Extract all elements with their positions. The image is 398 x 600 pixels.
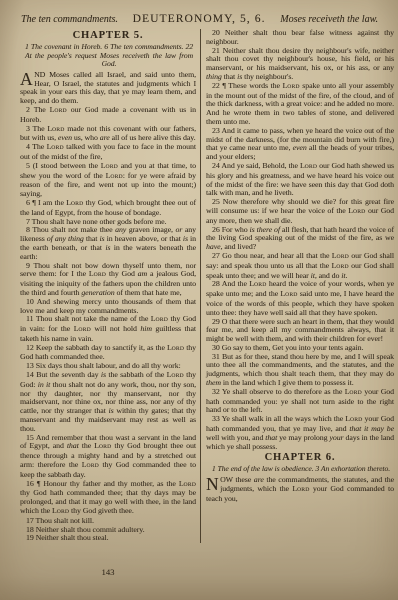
lord-smallcaps: LORD	[151, 314, 168, 323]
verse-number: 15	[26, 433, 34, 442]
chapter-summary: 1 The covenant in Horeb. 6 The ten comma…	[20, 43, 196, 69]
verse-number: 26	[212, 225, 220, 234]
running-head-left: The ten commandments.	[21, 14, 118, 25]
verse-number: 4	[26, 142, 30, 151]
verse-number: 7	[26, 217, 30, 226]
lord-smallcaps: LORD	[345, 387, 362, 396]
verse-number: 21	[212, 46, 220, 55]
lord-smallcaps: LORD	[249, 279, 266, 288]
verse-number: 12	[26, 343, 34, 352]
drop-cap: A	[20, 71, 34, 87]
lord-smallcaps: LORD	[167, 343, 184, 352]
chapter-heading: CHAPTER 5.	[20, 30, 196, 42]
verse-19: 19 Neither shalt thou steal.	[20, 534, 196, 543]
verse-number: 10	[26, 297, 34, 306]
verse-12: 12 Keep the sabbath day to sanctify it, …	[20, 344, 196, 363]
verse-25: 25 Now therefore why should we die? for …	[206, 198, 394, 225]
verse-4: 4 The LORD talked with you face to face …	[20, 143, 196, 162]
verse-number: 30	[212, 343, 220, 352]
verse-32: 32 Ye shall observe to do therefore as t…	[206, 388, 394, 415]
lord-smallcaps: LORD	[82, 460, 99, 469]
verse-number: 17	[26, 516, 34, 525]
verse-28: 28 And the LORD heard the voice of your …	[206, 280, 394, 317]
lord-smallcaps: LORD	[283, 81, 300, 90]
verse-number: 24	[212, 161, 220, 170]
verse-33: 33 Ye shall walk in all the ways which t…	[206, 415, 394, 451]
lord-smallcaps: LORD	[52, 506, 69, 515]
chapter-summary: 1 The end of the law is obedience. 3 An …	[206, 465, 394, 474]
verse-3: 3 The LORD made not this covenant with o…	[20, 125, 196, 144]
running-head-right: Moses receiveth the law.	[280, 14, 378, 25]
verse-22: 22 ¶ These words the LORD spake unto all…	[206, 82, 394, 127]
verse-number: 27	[212, 251, 220, 260]
verse-dropcap: AND Moses called all Israel, and said un…	[20, 71, 196, 106]
drop-cap: N	[206, 476, 220, 492]
verse-5: 5 (I stood between the LORD and you at t…	[20, 162, 196, 199]
verse-number: 5	[26, 161, 30, 170]
verse-21: 21 Neither shalt thou desire thy neighbo…	[206, 47, 394, 82]
verse-number: 14	[26, 370, 34, 379]
text-columns: CHAPTER 5.1 The covenant in Horeb. 6 The…	[20, 29, 398, 543]
lord-smallcaps: LORD	[345, 414, 362, 423]
verse-number: 6	[26, 198, 30, 207]
chapter-heading: CHAPTER 6.	[206, 452, 394, 464]
left-text-column: CHAPTER 5.1 The covenant in Horeb. 6 The…	[20, 29, 200, 543]
verse-number: 20	[212, 28, 220, 37]
lord-smallcaps: LORD	[348, 206, 365, 215]
verse-15: 15 And remember that thou wast a servant…	[20, 434, 196, 480]
verse-26: 26 For who is there of all flesh, that h…	[206, 226, 394, 252]
verse-number: 28	[212, 279, 220, 288]
verse-number: 29	[212, 317, 220, 326]
verse-10: 10 And shewing mercy unto thousands of t…	[20, 298, 196, 316]
running-header: The ten commandments. DEUTERONOMY, 5, 6.…	[0, 0, 398, 25]
lord-smallcaps: LORD	[300, 161, 317, 170]
lord-smallcaps: LORD	[101, 161, 118, 170]
lord-smallcaps: LORD	[74, 324, 91, 333]
verse-dropcap: NOW these are the commandments, the stat…	[206, 476, 394, 503]
verse-14: 14 But the seventh day is the sabbath of…	[20, 371, 196, 434]
lord-smallcaps: LORD	[167, 370, 184, 379]
verse-number: 22	[212, 81, 220, 90]
verse-8: 8 Thou shalt not make thee any graven im…	[20, 226, 196, 261]
lord-smallcaps: LORD	[47, 124, 64, 133]
lord-smallcaps: LORD	[89, 269, 106, 278]
page-number: 143	[20, 567, 196, 577]
lord-smallcaps: LORD	[94, 441, 111, 450]
verse-29: 29 O that there were such an heart in th…	[206, 318, 394, 344]
right-text-column: 20 Neither shalt thou bear false witness…	[200, 29, 398, 543]
verse-number: 11	[26, 314, 34, 323]
verse-number: 31	[212, 352, 220, 361]
bible-page: The ten commandments. DEUTERONOMY, 5, 6.…	[0, 0, 398, 600]
verse-31: 31 But as for thee, stand thou here by m…	[206, 353, 394, 388]
verse-2: 2 The LORD our God made a covenant with …	[20, 106, 196, 125]
lord-smallcaps: LORD	[66, 198, 83, 207]
lord-smallcaps: LORD	[332, 251, 349, 260]
lord-smallcaps: LORD	[47, 142, 64, 151]
verse-number: 18	[26, 525, 34, 534]
page-title: DEUTERONOMY, 5, 6.	[133, 13, 266, 25]
verse-24: 24 And ye said, Behold, the LORD our God…	[206, 162, 394, 198]
verse-number: 25	[212, 197, 220, 206]
lord-smallcaps: LORD	[106, 171, 123, 180]
verse-20: 20 Neither shalt thou bear false witness…	[206, 29, 394, 47]
verse-11: 11 Thou shalt not take the name of the L…	[20, 315, 196, 343]
verse-9: 9 Thou shalt not bow down thyself unto t…	[20, 262, 196, 298]
lord-smallcaps: LORD	[332, 261, 349, 270]
lord-smallcaps: LORD	[50, 105, 67, 114]
lord-smallcaps: LORD	[280, 289, 297, 298]
verse-16: 16 ¶ Honour thy father and thy mother, a…	[20, 480, 196, 517]
verse-number: 16	[26, 479, 34, 488]
verse-number: 19	[26, 533, 34, 542]
verse-number: 8	[26, 225, 30, 234]
verse-number: 32	[212, 387, 220, 396]
verse-number: 3	[26, 124, 30, 133]
verse-number: 23	[212, 126, 220, 135]
verse-6: 6 ¶ I am the LORD thy God, which brought…	[20, 199, 196, 218]
lord-smallcaps: LORD	[292, 484, 309, 493]
verse-number: 13	[26, 361, 34, 370]
verse-23: 23 And it came to pass, when ye heard th…	[206, 127, 394, 162]
verse-27: 27 Go thou near, and hear all that the L…	[206, 252, 394, 280]
verse-number: 33	[212, 414, 220, 423]
lord-smallcaps: LORD	[179, 479, 196, 488]
verse-number: 2	[26, 105, 30, 114]
verse-number: 9	[26, 261, 30, 270]
